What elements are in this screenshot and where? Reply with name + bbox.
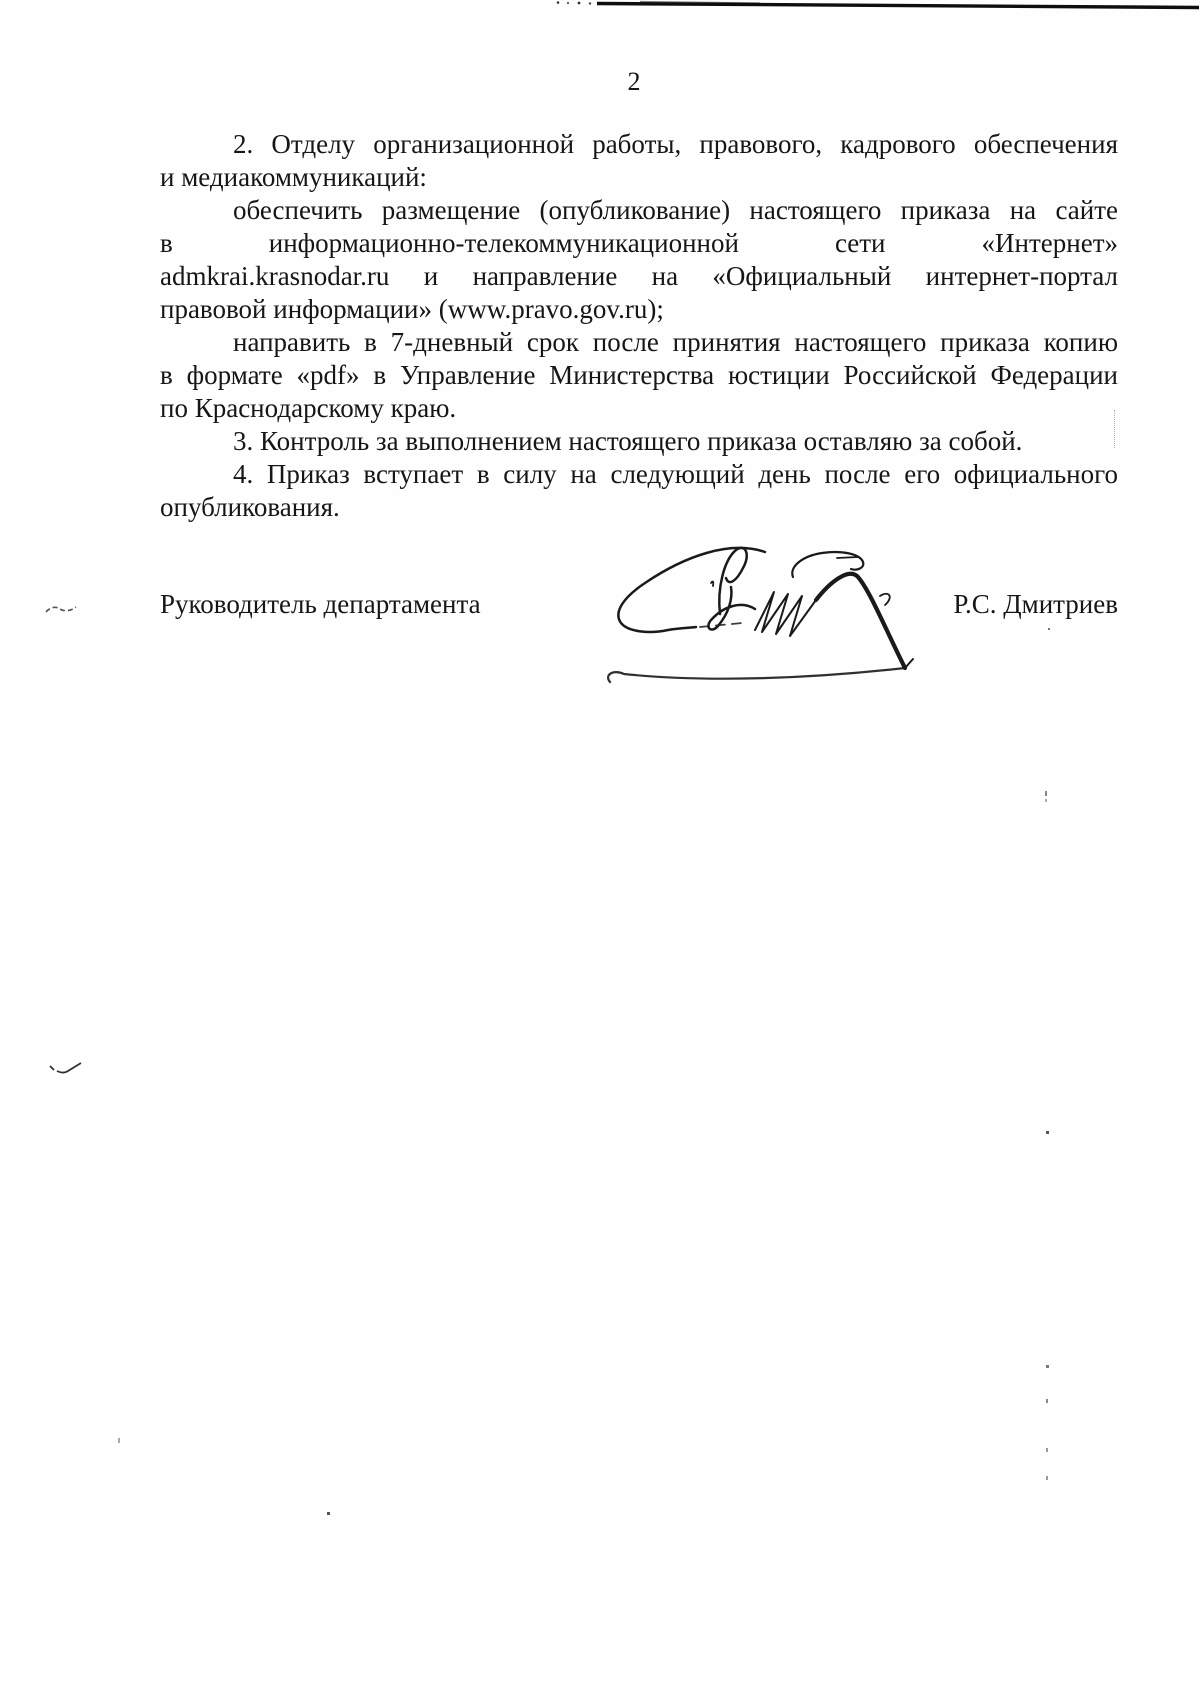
scan-artifact-speck <box>118 1438 120 1443</box>
body-line: 4. Приказ вступает в силу на следующий д… <box>160 458 1118 491</box>
scan-artifact-speck <box>327 1512 330 1515</box>
body-line: в информационно-телекоммуникационной сет… <box>160 227 1118 260</box>
body-line: направить в 7-дневный срок после приняти… <box>160 326 1118 359</box>
signature-role: Руководитель департамента <box>160 588 481 621</box>
body-line: правовой информации» (www.pravo.gov.ru); <box>160 293 1118 326</box>
scan-line-artifact <box>0 0 1200 14</box>
scan-artifact-speck <box>1045 799 1047 802</box>
scan-artifact-speck <box>1046 1365 1049 1368</box>
body-line: 2. Отделу организационной работы, правов… <box>160 128 1118 161</box>
scan-artifact-speck <box>1046 1399 1048 1403</box>
scan-artifact-squiggle <box>42 600 82 618</box>
signature-ink <box>590 488 960 698</box>
body-line: обеспечить размещение (опубликование) на… <box>160 194 1118 227</box>
scan-artifact-speck <box>1045 791 1047 796</box>
scan-artifact-dotted-line <box>1114 410 1115 448</box>
body-line: по Краснодарскому краю. <box>160 392 1118 425</box>
page-number: 2 <box>614 67 654 97</box>
body-line: 3. Контроль за выполнением настоящего пр… <box>160 425 1118 458</box>
scan-artifact-squiggle <box>46 1058 84 1076</box>
body-line: и медиакоммуникаций: <box>160 161 1118 194</box>
scan-artifact-speck <box>1046 1131 1049 1134</box>
scan-artifact-speck <box>1048 628 1050 630</box>
scan-artifact-speck <box>1046 1448 1048 1452</box>
scan-artifact-speck <box>1046 1476 1048 1480</box>
body-line: в формате «pdf» в Управление Министерств… <box>160 359 1118 392</box>
scanned-document-page: 2 2. Отделу организационной работы, прав… <box>0 0 1200 1697</box>
document-body: 2. Отделу организационной работы, правов… <box>160 128 1118 524</box>
body-line: admkrai.krasnodar.ru и направление на «О… <box>160 260 1118 293</box>
signer-name: Р.С. Дмитриев <box>953 588 1118 621</box>
